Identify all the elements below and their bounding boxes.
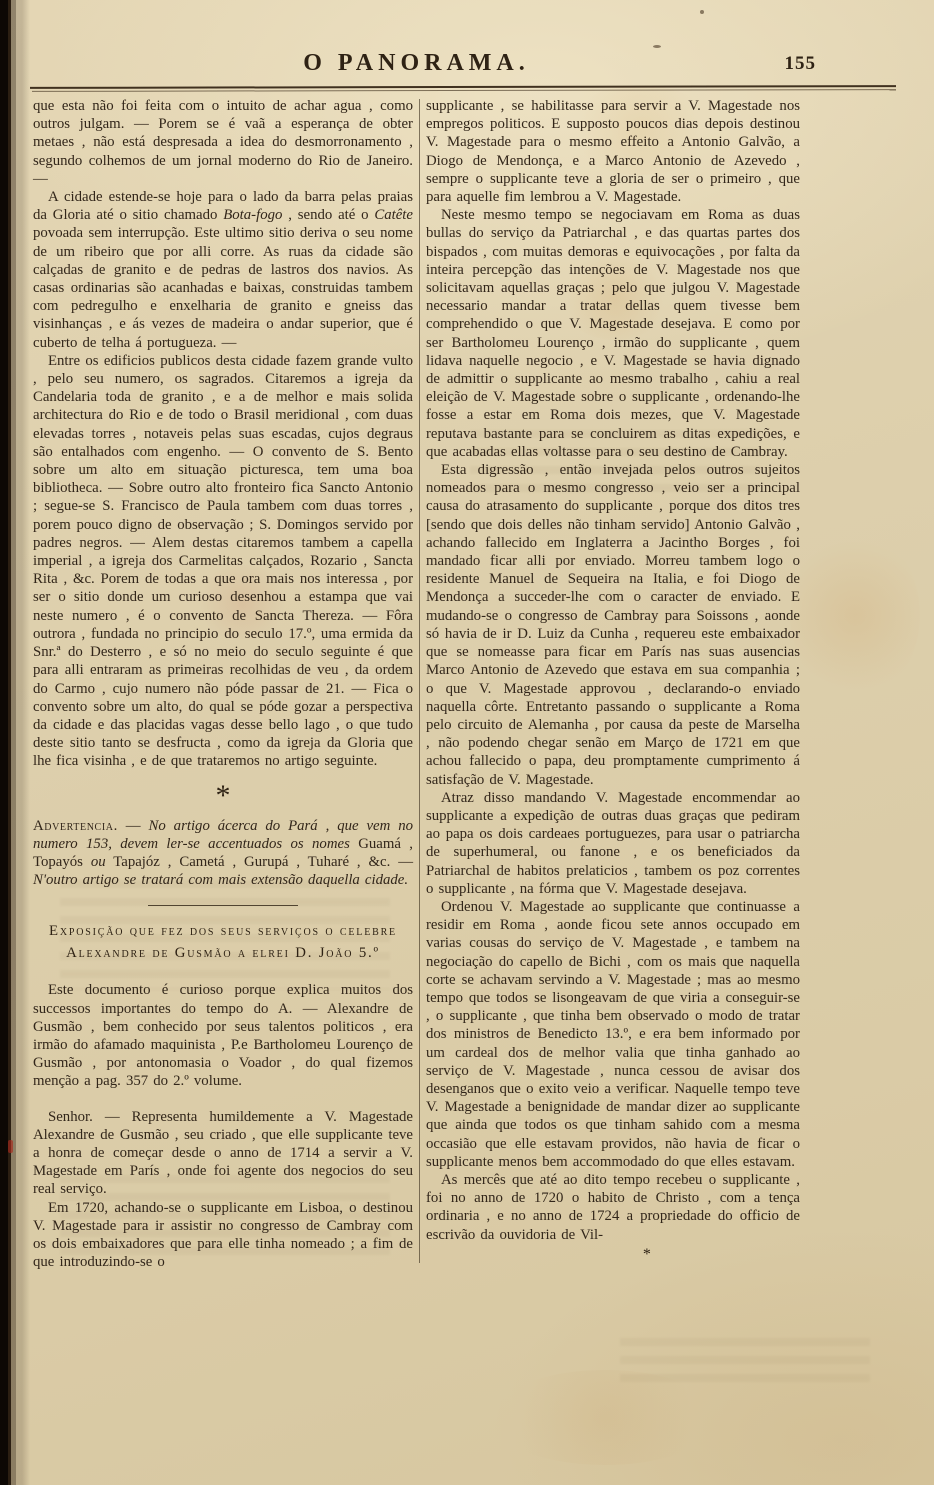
paragraph: Neste mesmo tempo se negociavam em Roma … (426, 206, 800, 461)
column-divider (419, 99, 420, 1263)
binding-red-mark (8, 1140, 13, 1153)
paragraph: Advertencia. — No artigo ácerca do Pará … (33, 817, 413, 890)
paragraph: Entre os edificios publicos desta cidade… (33, 352, 413, 771)
paragraph: Atraz disso mandando V. Magestade encomm… (426, 789, 800, 898)
text-run: Atraz disso mandando V. Magestade encomm… (426, 790, 800, 897)
paragraph: Ordenou V. Magestade ao supplicante que … (426, 898, 800, 1171)
text-run: Neste mesmo tempo se negociavam em Roma … (426, 207, 800, 460)
text-run: Catête (374, 207, 413, 223)
article-heading: Exposição que fez dos seus serviços o ce… (33, 920, 413, 964)
paragraph: Senhor. — Representa humildemente a V. M… (33, 1108, 413, 1199)
text-run: Advertencia. (33, 818, 118, 834)
text-run: Senhor. — Representa humildemente a V. M… (33, 1109, 413, 1198)
scanned-page: { "page": { "publication": "O PANORAMA."… (0, 0, 934, 1485)
ghost-text (620, 1338, 870, 1384)
text-run: , sendo até o (282, 207, 374, 223)
article-heading-line: Alexandre de Gusmão a elrei D. João 5.º (33, 942, 413, 964)
text-run: N'outro artigo se tratará com mais exten… (33, 872, 408, 888)
ink-speck (653, 45, 661, 48)
paragraph: A cidade estende-se hoje para o lado da … (33, 188, 413, 352)
paragraph: Esta digressão , então invejada pelos ou… (426, 461, 800, 789)
text-run: As mercês que até ao dito tempo recebeu … (426, 1172, 800, 1243)
text-columns: que esta não foi feita com o intuito de … (33, 97, 801, 1271)
paper-stain (790, 530, 920, 700)
masthead-title: O PANORAMA. (33, 50, 800, 77)
section-rule (148, 905, 298, 906)
asterisk-ornament-icon: * (33, 783, 413, 809)
text-run: Entre os edificios publicos desta cidade… (33, 353, 413, 769)
text-run: Esta digressão , então invejada pelos ou… (426, 462, 800, 787)
text-run: ou (91, 854, 106, 870)
paragraph: Em 1720, achando-se o supplicante em Lis… (33, 1199, 413, 1272)
text-run: Bota-fogo (223, 207, 282, 223)
text-run: Em 1720, achando-se o supplicante em Lis… (33, 1200, 413, 1271)
text-run: Este documento é curioso porque explica … (33, 982, 413, 1089)
article-heading-line: Exposição que fez dos seus serviços o ce… (33, 920, 413, 942)
page-number: 155 (785, 53, 817, 75)
signature-mark-icon: * (426, 1246, 800, 1264)
paragraph: supplicante , se habilitasse para servir… (426, 97, 800, 206)
paragraph: que esta não foi feita com o intuito de … (33, 97, 413, 188)
text-run: — (118, 818, 149, 834)
paragraph: As mercês que até ao dito tempo recebeu … (426, 1171, 800, 1244)
binding-edge (0, 0, 30, 1485)
text-run: povoada sem interrupção. Este ultimo sit… (33, 225, 413, 350)
text-run: que esta não foi feita com o intuito de … (33, 98, 413, 187)
paragraph: Este documento é curioso porque explica … (33, 981, 413, 1090)
right-column: supplicante , se habilitasse para servir… (426, 97, 800, 1271)
text-run: supplicante , se habilitasse para servir… (426, 98, 800, 205)
paper-stain (490, 1370, 720, 1465)
header-rule (30, 85, 896, 89)
text-run: Ordenou V. Magestade ao supplicante que … (426, 899, 800, 1170)
left-column: que esta não foi feita com o intuito de … (33, 97, 413, 1271)
text-run: Tapajóz , Cametá , Gurupá , Tuharé , &c.… (106, 854, 413, 870)
ink-speck (700, 10, 704, 14)
